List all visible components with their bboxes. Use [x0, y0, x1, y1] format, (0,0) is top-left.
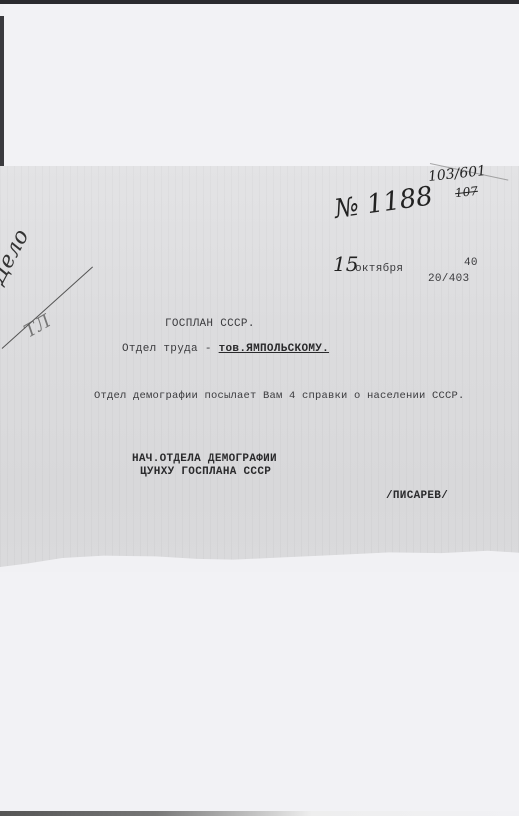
signature: /ПИСАРЕВ/: [386, 490, 448, 502]
outgoing-number: 20/403: [428, 273, 469, 285]
recipient-dept: Отдел труда -: [122, 343, 219, 355]
blank-page-top: [4, 4, 519, 166]
scan-bottom-border: [0, 811, 519, 816]
document-sheet: [0, 166, 519, 571]
recipient-org: ГОСПЛАН СССР.: [165, 318, 255, 330]
body-text: Отдел демографии посылает Вам 4 справки …: [94, 390, 465, 402]
date-year: 40: [464, 257, 478, 269]
blank-page-bottom: [0, 572, 519, 812]
sender-title-line1: НАЧ.ОТДЕЛА ДЕМОГРАФИИ: [132, 453, 277, 465]
archive-number-bottom: 107: [454, 184, 478, 200]
recipient-line: Отдел труда - тов.ЯМПОЛЬСКОМУ.: [122, 343, 329, 355]
scan-left-border: [0, 16, 4, 166]
date-month: октября: [355, 263, 403, 275]
sender-title-line2: ЦУНХУ ГОСПЛАНА СССР: [140, 466, 271, 478]
recipient-name: тов.ЯМПОЛЬСКОМУ.: [219, 343, 329, 355]
